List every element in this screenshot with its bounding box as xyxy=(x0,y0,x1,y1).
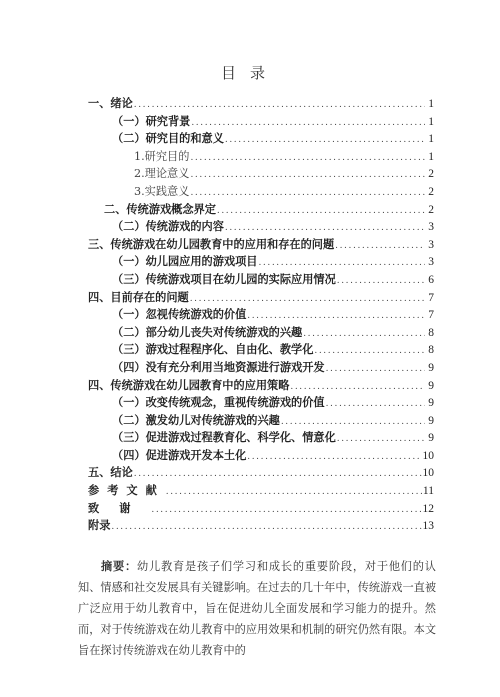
toc-entry[interactable]: 1.研究目的1 xyxy=(88,148,434,166)
dot-leader xyxy=(337,431,425,449)
toc-entry[interactable]: 四、目前存在的问题7 xyxy=(88,289,434,307)
toc-entry-page: 11 xyxy=(423,483,434,501)
toc-entry[interactable]: 五、结论10 xyxy=(88,464,434,482)
dot-leader xyxy=(247,449,421,467)
toc-entry[interactable]: 2.理论意义2 xyxy=(88,165,434,183)
toc-entry-page: 2 xyxy=(426,202,434,220)
toc-entry[interactable]: （二）传统游戏的内容3 xyxy=(88,218,434,236)
toc-entry-page: 9 xyxy=(426,395,434,413)
toc-entry[interactable]: （三）游戏过程程序化、自由化、教学化8 xyxy=(88,341,434,359)
toc-entry-label: （一）改变传统观念，重视传统游戏的价值 xyxy=(88,394,325,412)
toc-entry-label: （二）部分幼儿丧失对传统游戏的兴趣 xyxy=(88,324,302,342)
toc-entry-page: 9 xyxy=(426,378,434,396)
abstract: 摘要：幼儿教育是孩子们学习和成长的重要阶段，对于他们的认知、情感和社交发展具有关… xyxy=(78,556,436,661)
dot-leader xyxy=(151,502,421,520)
toc-entry[interactable]: 致谢12 xyxy=(88,500,434,518)
toc-entry-page: 8 xyxy=(426,342,434,360)
dot-leader xyxy=(217,203,425,221)
toc-entry[interactable]: 附录13 xyxy=(88,517,434,535)
toc-entry-label: 附录 xyxy=(88,517,110,535)
dot-leader xyxy=(303,326,425,344)
toc-entry[interactable]: （一）研究背景1 xyxy=(88,113,434,131)
dot-leader xyxy=(166,484,422,502)
dot-leader xyxy=(326,361,425,379)
toc-entry-page: 9 xyxy=(426,430,434,448)
toc-entry-label: （三）传统游戏项目在幼儿园的实际应用情况 xyxy=(88,271,336,289)
dot-leader xyxy=(111,519,421,537)
toc-entry-page: 10 xyxy=(423,465,435,483)
toc-entry-label: （一）幼儿园应用的游戏项目 xyxy=(88,253,257,271)
toc-entry-label: 3.实践意义 xyxy=(88,183,189,201)
dot-leader xyxy=(190,185,425,203)
dot-leader xyxy=(225,132,425,150)
toc-entry-label: 致谢 xyxy=(88,500,150,518)
toc-entry-page: 1 xyxy=(426,96,434,114)
toc-entry-label: （三）游戏过程程序化、自由化、教学化 xyxy=(88,341,313,359)
toc-entry-label: （三）促进游戏过程教育化、科学化、情意化 xyxy=(88,429,336,447)
toc-entry[interactable]: 参考文献11 xyxy=(88,482,434,500)
toc-entry[interactable]: 三、传统游戏在幼儿园教育中的应用和存在的问题3 xyxy=(88,236,434,254)
toc-entry-page: 9 xyxy=(426,360,434,378)
toc-entry[interactable]: （一）忽视传统游戏的价值7 xyxy=(88,306,434,324)
toc-entry[interactable]: （四）促进游戏开发本土化10 xyxy=(88,447,434,465)
toc-entry[interactable]: 二、传统游戏概念界定2 xyxy=(88,201,434,219)
toc-entry-page: 9 xyxy=(426,413,434,431)
toc-entry-label: 四、目前存在的问题 xyxy=(88,289,189,307)
toc-entry-label: 2.理论意义 xyxy=(88,165,189,183)
toc-entry-page: 1 xyxy=(426,114,434,132)
dot-leader xyxy=(314,343,425,361)
toc-entry-label: （二）激发幼儿对传统游戏的兴趣 xyxy=(88,412,280,430)
toc-entry-label: 三、传统游戏在幼儿园教育中的应用和存在的问题 xyxy=(88,236,334,254)
toc-entry-page: 10 xyxy=(423,448,435,466)
toc-entry[interactable]: （四）没有充分利用当地资源进行游戏开发9 xyxy=(88,359,434,377)
toc-entry[interactable]: 四、传统游戏在幼儿园教育中的应用策略9 xyxy=(88,377,434,395)
dot-leader xyxy=(335,238,425,256)
toc-entry[interactable]: （二）激发幼儿对传统游戏的兴趣9 xyxy=(88,412,434,430)
toc-entry-label: （四）没有充分利用当地资源进行游戏开发 xyxy=(88,359,325,377)
toc-entry[interactable]: （一）幼儿园应用的游戏项目3 xyxy=(88,253,434,271)
abstract-keyword: 摘要： xyxy=(101,559,137,573)
toc-entry-page: 6 xyxy=(426,272,434,290)
toc-entry-page: 7 xyxy=(426,290,434,308)
toc-entry[interactable]: （三）促进游戏过程教育化、科学化、情意化9 xyxy=(88,429,434,447)
toc-entry-label: 二、传统游戏概念界定 xyxy=(88,201,216,219)
toc-entry-label: （一）研究背景 xyxy=(88,113,190,131)
dot-leader xyxy=(190,167,425,185)
toc-entry-label: 五、结论 xyxy=(88,464,133,482)
table-of-contents: 一、绪论1（一）研究背景1（二）研究目的和意义11.研究目的12.理论意义23.… xyxy=(88,95,434,535)
toc-entry-page: 1 xyxy=(426,149,434,167)
toc-entry-label: 1.研究目的 xyxy=(88,148,189,166)
dot-leader xyxy=(337,273,425,291)
toc-entry[interactable]: 一、绪论1 xyxy=(88,95,434,113)
toc-entry-label: 四、传统游戏在幼儿园教育中的应用策略 xyxy=(88,377,289,395)
page-title: 目录 xyxy=(0,62,500,83)
toc-entry-label: （四）促进游戏开发本土化 xyxy=(88,447,246,465)
abstract-paragraph: 摘要：幼儿教育是孩子们学习和成长的重要阶段，对于他们的认知、情感和社交发展具有关… xyxy=(78,556,436,661)
toc-entry[interactable]: （一）改变传统观念，重视传统游戏的价值9 xyxy=(88,394,434,412)
toc-entry-page: 7 xyxy=(426,307,434,325)
toc-entry-label: 参考文献 xyxy=(88,482,165,500)
toc-entry-page: 12 xyxy=(423,501,435,519)
toc-entry[interactable]: （二）研究目的和意义1 xyxy=(88,130,434,148)
toc-entry-page: 2 xyxy=(426,184,434,202)
toc-entry-page: 2 xyxy=(426,166,434,184)
toc-entry-label: （二）传统游戏的内容 xyxy=(88,218,224,236)
toc-entry[interactable]: （三）传统游戏项目在幼儿园的实际应用情况6 xyxy=(88,271,434,289)
abstract-text: 幼儿教育是孩子们学习和成长的重要阶段，对于他们的认知、情感和社交发展具有关键影响… xyxy=(78,560,436,657)
toc-entry-page: 8 xyxy=(426,325,434,343)
toc-entry-page: 3 xyxy=(426,254,434,272)
dot-leader xyxy=(191,115,425,133)
toc-entry-label: 一、绪论 xyxy=(88,95,133,113)
toc-entry-label: （二）研究目的和意义 xyxy=(88,130,224,148)
toc-entry[interactable]: （二）部分幼儿丧失对传统游戏的兴趣8 xyxy=(88,324,434,342)
toc-entry-page: 13 xyxy=(423,518,435,536)
toc-entry-label: （一）忽视传统游戏的价值 xyxy=(88,306,246,324)
toc-entry-page: 3 xyxy=(426,219,434,237)
dot-leader xyxy=(134,466,422,484)
dot-leader xyxy=(326,396,425,414)
toc-entry-page: 1 xyxy=(426,131,434,149)
toc-entry-page: 3 xyxy=(426,237,434,255)
dot-leader xyxy=(190,150,425,168)
toc-entry[interactable]: 3.实践意义2 xyxy=(88,183,434,201)
